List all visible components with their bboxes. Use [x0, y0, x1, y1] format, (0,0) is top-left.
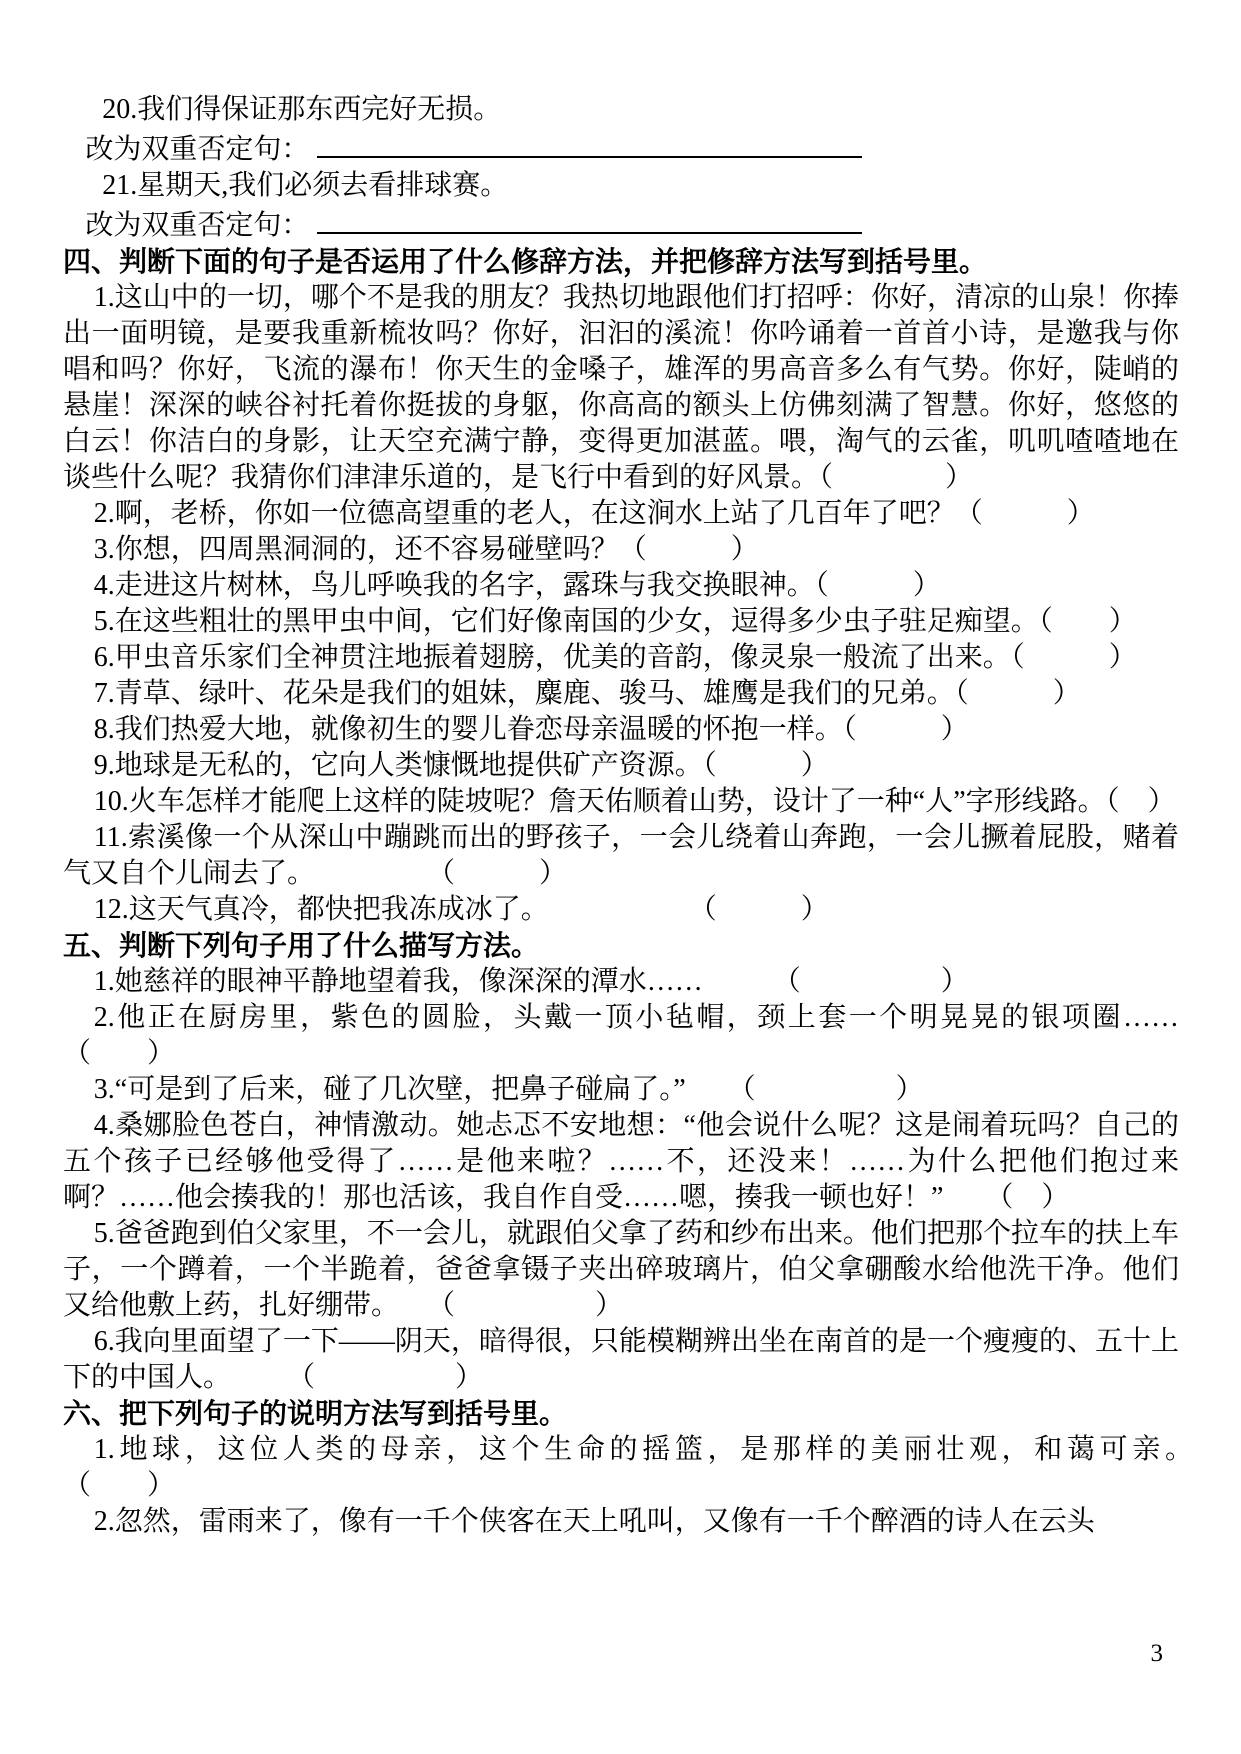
answer-blank-line-20 — [317, 128, 862, 158]
rewrite-prompt-21: 改为双重否定句： — [63, 204, 1179, 244]
section4-item-6: 6.甲虫音乐家们全神贯注地振着翅膀，优美的音韵，像灵泉一般流了出来。（ ） — [63, 640, 1179, 676]
section6-title: 六、把下列句子的说明方法写到括号里。 — [63, 1396, 1179, 1432]
section4-item-2: 2.啊，老桥，你如一位德高望重的老人，在这涧水上站了几百年了吧？（ ） — [63, 496, 1179, 532]
section4-item-4: 4.走进这片树林，鸟儿呼唤我的名字，露珠与我交换眼神。（ ） — [63, 568, 1179, 604]
sentence-20: 20.我们得保证那东西完好无损。 — [63, 92, 1179, 128]
section4-item-8: 8.我们热爱大地，就像初生的婴儿眷恋母亲温暖的怀抱一样。（ ） — [63, 712, 1179, 748]
section4-item-5: 5.在这些粗壮的黑甲虫中间，它们好像南国的少女，逗得多少虫子驻足痴望。（ ） — [63, 604, 1179, 640]
section4-title: 四、判断下面的句子是否运用了什么修辞方法，并把修辞方法写到括号里。 — [63, 244, 1179, 280]
section4-item-12: 12.这天气真冷，都快把我冻成冰了。 （ ） — [63, 892, 1179, 928]
section4-item-3: 3.你想，四周黑洞洞的，还不容易碰壁吗？（ ） — [63, 532, 1179, 568]
section5-item-2: 2.他正在厨房里，紫色的圆脸，头戴一顶小毡帽，颈上套一个明晃晃的银项圈……（ ） — [63, 1000, 1179, 1072]
section5-item-6: 6.我向里面望了一下——阴天，暗得很，只能模糊辨出坐在南首的是一个瘦瘦的、五十上… — [63, 1324, 1179, 1396]
section4-item-10: 10.火车怎样才能爬上这样的陡坡呢？詹天佑顺着山势，设计了一种“人”字形线路。（… — [63, 784, 1179, 820]
section4-item-7: 7.青草、绿叶、花朵是我们的姐妹，麋鹿、骏马、雄鹰是我们的兄弟。（ ） — [63, 676, 1179, 712]
rewrite-prompt-20: 改为双重否定句： — [63, 128, 1179, 168]
rewrite-prompt-20-label: 改为双重否定句： — [85, 134, 309, 165]
section6-item-1: 1.地球，这位人类的母亲，这个生命的摇篮，是那样的美丽壮观，和蔼可亲。 （ ） — [63, 1432, 1179, 1504]
section5-item-3: 3.“可是到了后来，碰了几次壁，把鼻子碰扁了。” （ ） — [63, 1072, 1179, 1108]
sentence-21: 21.星期天,我们必须去看排球赛。 — [63, 168, 1179, 204]
section4-item-11: 11.索溪像一个从深山中蹦跳而出的野孩子，一会儿绕着山奔跑，一会儿撅着屁股，赌着… — [63, 820, 1179, 892]
answer-blank-line-21 — [317, 204, 862, 234]
section5-item-5: 5.爸爸跑到伯父家里，不一会儿，就跟伯父拿了药和纱布出来。他们把那个拉车的扶上车… — [63, 1216, 1179, 1324]
worksheet-page: 20.我们得保证那东西完好无损。 改为双重否定句： 21.星期天,我们必须去看排… — [0, 0, 1241, 1754]
section6-item-2: 2.忽然，雷雨来了，像有一千个侠客在天上吼叫，又像有一千个醉酒的诗人在云头 — [63, 1504, 1179, 1540]
section5-title: 五、判断下列句子用了什么描写方法。 — [63, 928, 1179, 964]
rewrite-prompt-21-label: 改为双重否定句： — [85, 210, 309, 241]
page-number: 3 — [1151, 1641, 1164, 1666]
section4-item-1: 1.这山中的一切，哪个不是我的朋友？我热切地跟他们打招呼：你好，清凉的山泉！你捧… — [63, 280, 1179, 496]
section4-item-9: 9.地球是无私的，它向人类慷慨地提供矿产资源。（ ） — [63, 748, 1179, 784]
section5-item-1: 1.她慈祥的眼神平静地望着我，像深深的潭水…… （ ） — [63, 964, 1179, 1000]
section5-item-4: 4.桑娜脸色苍白，神情激动。她忐忑不安地想：“他会说什么呢？这是闹着玩吗？自己的… — [63, 1108, 1179, 1216]
